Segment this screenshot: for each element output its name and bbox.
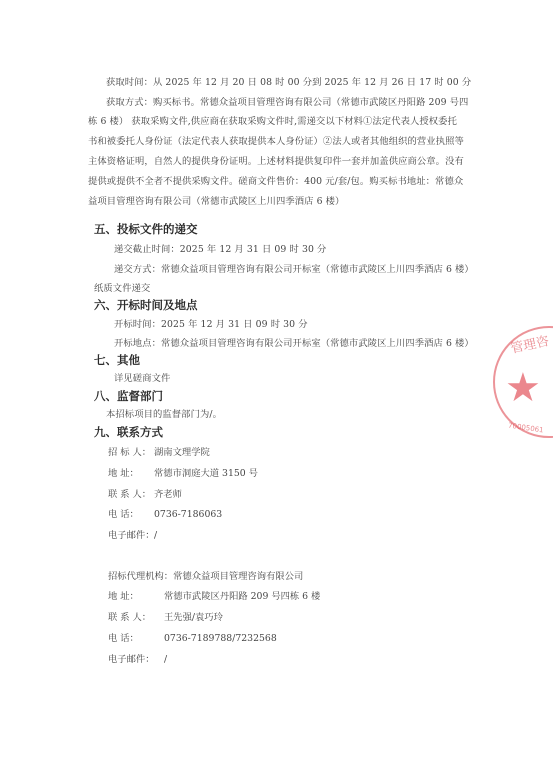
- section-heading-supervision: 八、监督部门: [94, 389, 163, 403]
- agent-contact-label: 联 系 人：: [108, 612, 164, 624]
- purchaser-address-value: 常德市洞庭大道 3150 号: [154, 468, 258, 479]
- agent-email-label: 电子邮件：: [108, 654, 164, 666]
- section-heading-other: 七、其他: [94, 353, 140, 367]
- document-page: 获取时间：从 2025 年 12 月 20 日 08 时 00 分到 2025 …: [0, 0, 553, 783]
- purchaser-address-row: 地 址：常德市洞庭大道 3150 号: [108, 468, 258, 480]
- opening-location: 开标地点：常德众益项目管理咨询有限公司开标室（常德市武陵区上川四季酒店 6 楼）: [114, 338, 474, 350]
- obtain-method-line-3: 书和被委托人身份证（法定代表人获取提供本人身份证）②法人或者其他组织的营业执照等: [88, 136, 464, 148]
- purchaser-phone-label: 电 话：: [108, 509, 154, 521]
- obtain-time-line: 获取时间：从 2025 年 12 月 20 日 08 时 00 分到 2025 …: [106, 77, 471, 89]
- purchaser-contact-value: 齐老师: [154, 489, 182, 500]
- section-heading-opening: 六、开标时间及地点: [94, 298, 198, 312]
- purchaser-name-label: 招 标 人：: [108, 447, 154, 459]
- obtain-method-line-4: 主体资格证明，自然人的提供身份证明。上述材料提供复印件一套并加盖供应商公章。没有: [88, 156, 464, 168]
- agent-address-label: 地 址：: [108, 591, 164, 603]
- supervision-text: 本招标项目的监督部门为/。: [106, 409, 222, 421]
- obtain-method-line: 获取方式：购买标书。常德众益项目管理咨询有限公司（常德市武陵区丹阳路 209 号…: [106, 97, 468, 109]
- purchaser-name-value: 湖南文理学院: [154, 447, 210, 458]
- agent-phone-row: 电 话：0736-7189788/7232568: [108, 633, 277, 645]
- submission-paper: 纸质文件递交: [94, 283, 150, 295]
- agent-name-value: 常德众益项目管理咨询有限公司: [173, 571, 303, 582]
- agent-email-value: /: [164, 654, 167, 665]
- obtain-method-line-2: 栋 6 楼） 获取采购文件,供应商在获取采购文件时,需递交以下材料①法定代表人授…: [88, 116, 457, 128]
- purchaser-email-label: 电子邮件：: [108, 530, 154, 542]
- agent-contact-value: 王先强/袁巧玲: [164, 612, 223, 623]
- purchaser-address-label: 地 址：: [108, 468, 154, 480]
- submission-method: 递交方式：常德众益项目管理咨询有限公司开标室（常德市武陵区上川四季酒店 6 楼）: [114, 264, 474, 276]
- agent-email-row: 电子邮件：/: [108, 654, 167, 666]
- purchaser-contact-row: 联 系 人：齐老师: [108, 489, 182, 501]
- purchaser-phone-value: 0736-7186063: [154, 509, 222, 520]
- purchaser-contact-label: 联 系 人：: [108, 489, 154, 501]
- opening-time: 开标时间：2025 年 12 月 31 日 09 时 30 分: [114, 319, 308, 331]
- agent-address-row: 地 址：常德市武陵区丹阳路 209 号四栋 6 楼: [108, 591, 320, 603]
- obtain-method-line-5: 提供或提供不全者不提供采购文件。磋商文件售价：400 元/套/包。购买标书地址：…: [88, 176, 463, 188]
- other-text: 详见磋商文件: [114, 373, 170, 385]
- purchaser-phone-row: 电 话：0736-7186063: [108, 509, 222, 521]
- obtain-method-line-6: 益项目管理咨询有限公司（常德市武陵区上川四季酒店 6 楼）: [88, 196, 344, 208]
- purchaser-email-value: /: [154, 530, 157, 541]
- submission-deadline: 递交截止时间：2025 年 12 月 31 日 09 时 30 分: [114, 244, 326, 256]
- agent-name-label: 招标代理机构：: [108, 571, 173, 582]
- purchaser-name-row: 招 标 人：湖南文理学院: [108, 447, 210, 459]
- agent-name-row: 招标代理机构：常德众益项目管理咨询有限公司: [108, 571, 303, 583]
- agent-contact-row: 联 系 人：王先强/袁巧玲: [108, 612, 223, 624]
- purchaser-email-row: 电子邮件：/: [108, 530, 157, 542]
- agent-address-value: 常德市武陵区丹阳路 209 号四栋 6 楼: [164, 591, 320, 602]
- agent-phone-label: 电 话：: [108, 633, 164, 645]
- section-heading-contact: 九、联系方式: [94, 425, 163, 439]
- agent-phone-value: 0736-7189788/7232568: [164, 633, 277, 644]
- section-heading-submission: 五、投标文件的递交: [94, 222, 198, 236]
- seal-star-icon: ★: [505, 368, 541, 408]
